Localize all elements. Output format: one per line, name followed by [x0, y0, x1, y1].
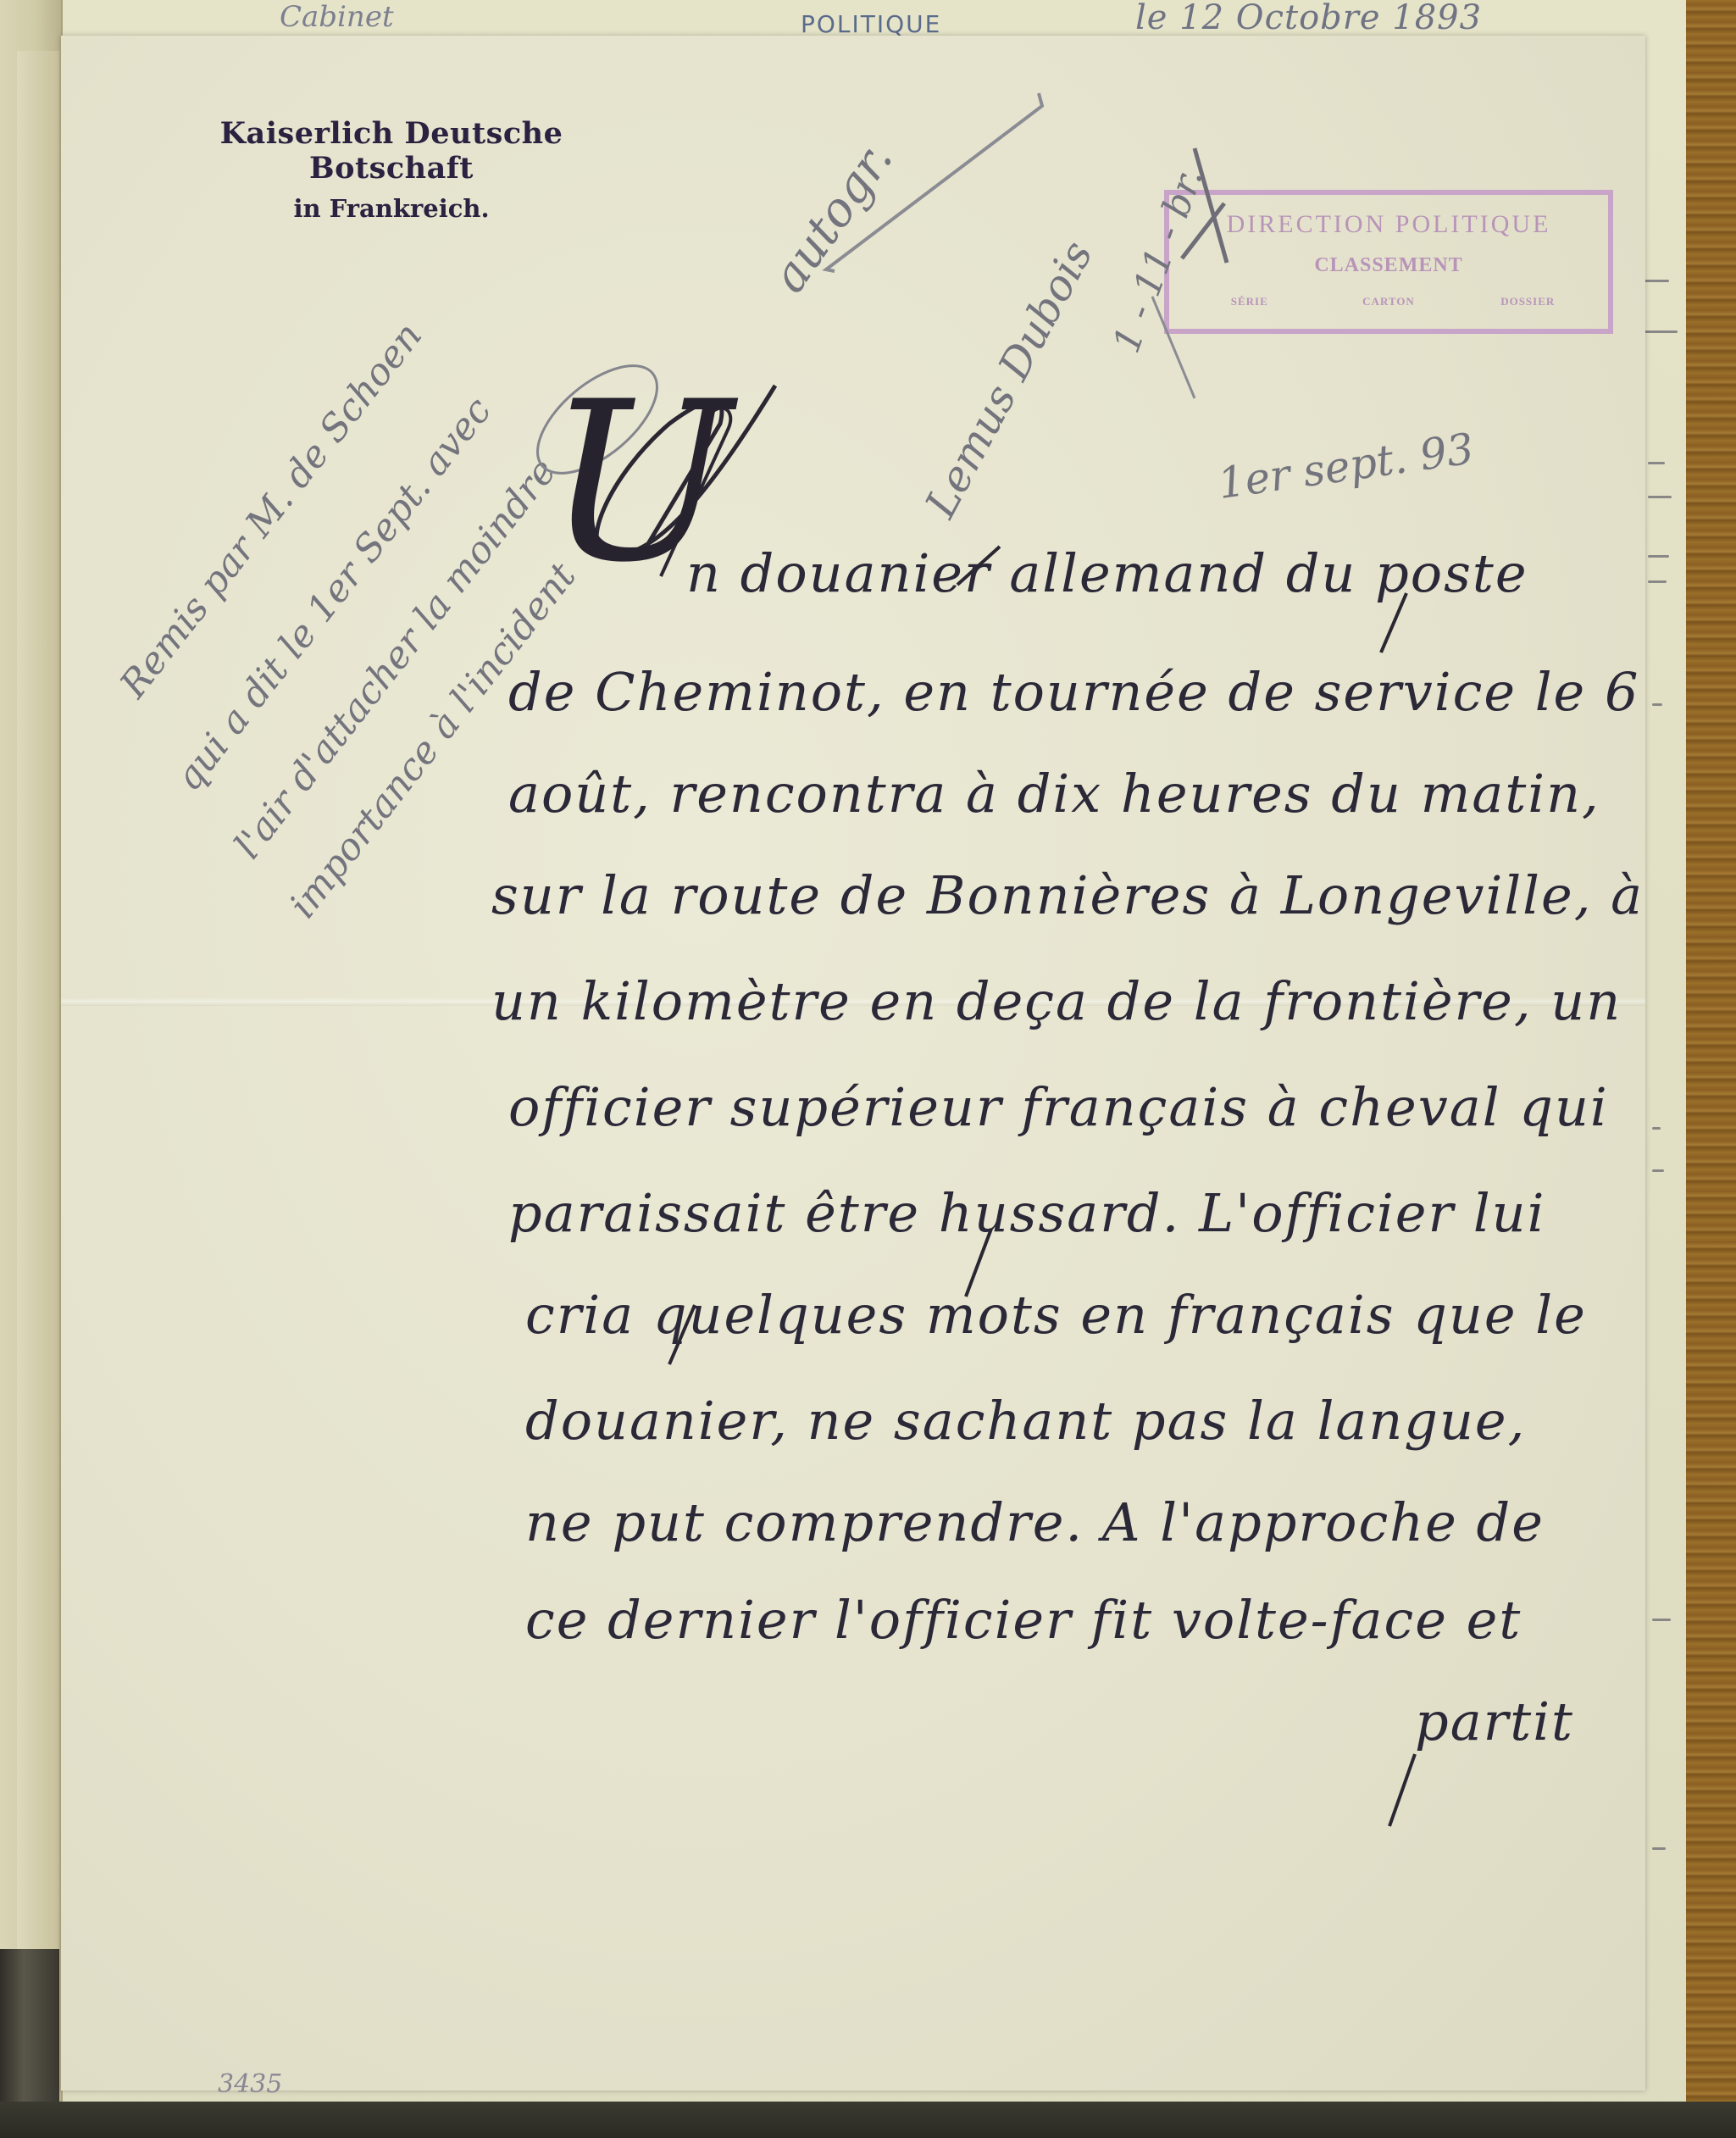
pencil-date: 1er sept. 93 — [1215, 424, 1477, 508]
body-line-1: n douanier allemand du poste — [686, 542, 1528, 604]
pencil-autogr-note: autogr. — [762, 132, 904, 303]
letterhead-line-1: Kaiserlich Deutsche Botschaft — [137, 116, 646, 186]
body-line-9: douanier, ne sachant pas la langue, — [525, 1390, 1526, 1452]
stamp-field-serie: SÉRIE — [1182, 295, 1317, 308]
underlying-handwritten-date: le 12 Octobre 1893 — [1135, 0, 1482, 37]
underlying-politique-label: POLITIQUE — [801, 10, 941, 38]
body-line-7: paraissait être hussard. L'officier lui — [508, 1182, 1545, 1244]
body-line-2: de Cheminot, en tournée de service le 6 — [508, 661, 1639, 723]
body-line-8: cria quelques mots en français que le — [525, 1284, 1587, 1346]
stamp-field-carton: CARTON — [1321, 295, 1456, 308]
wooden-desk-edge — [1686, 0, 1736, 2138]
drop-cap-letter: U — [546, 373, 732, 593]
stamp-title: DIRECTION POLITIQUE — [1169, 210, 1608, 239]
folder-left-inner-edge — [17, 51, 59, 2068]
body-line-11: ce dernier l'officier fit volte-face et — [525, 1589, 1522, 1651]
binder-clip — [0, 1949, 59, 2110]
underlying-handwriting-left: Cabinet — [280, 0, 394, 34]
body-line-12: partit — [1415, 1691, 1574, 1752]
desk-shadow-bottom — [0, 2102, 1736, 2138]
pencil-initials: Lemus Dubois — [916, 233, 1102, 525]
classement-stamp: DIRECTION POLITIQUE CLASSEMENT SÉRIE CAR… — [1164, 190, 1613, 334]
stamp-fields: SÉRIE CARTON DOSSIER — [1169, 295, 1608, 308]
stamp-field-dossier: DOSSIER — [1460, 295, 1595, 308]
body-line-3: août, rencontra à dix heures du matin, — [508, 763, 1600, 825]
letter-sheet: Kaiserlich Deutsche Botschaft in Frankre… — [61, 36, 1645, 2091]
letterhead-line-2: in Frankreich. — [137, 194, 646, 223]
body-line-10: ne put comprendre. A l'approche de — [525, 1491, 1545, 1553]
body-line-4: sur la route de Bonnières à Longeville, … — [491, 864, 1644, 926]
body-line-5: un kilomètre en deça de la frontière, un — [491, 970, 1622, 1032]
stamp-subtitle: CLASSEMENT — [1169, 254, 1608, 277]
embassy-letterhead: Kaiserlich Deutsche Botschaft in Frankre… — [137, 116, 646, 223]
body-line-6: officier supérieur français à cheval qui — [508, 1076, 1609, 1138]
folio-number: 3435 — [218, 2069, 282, 2099]
